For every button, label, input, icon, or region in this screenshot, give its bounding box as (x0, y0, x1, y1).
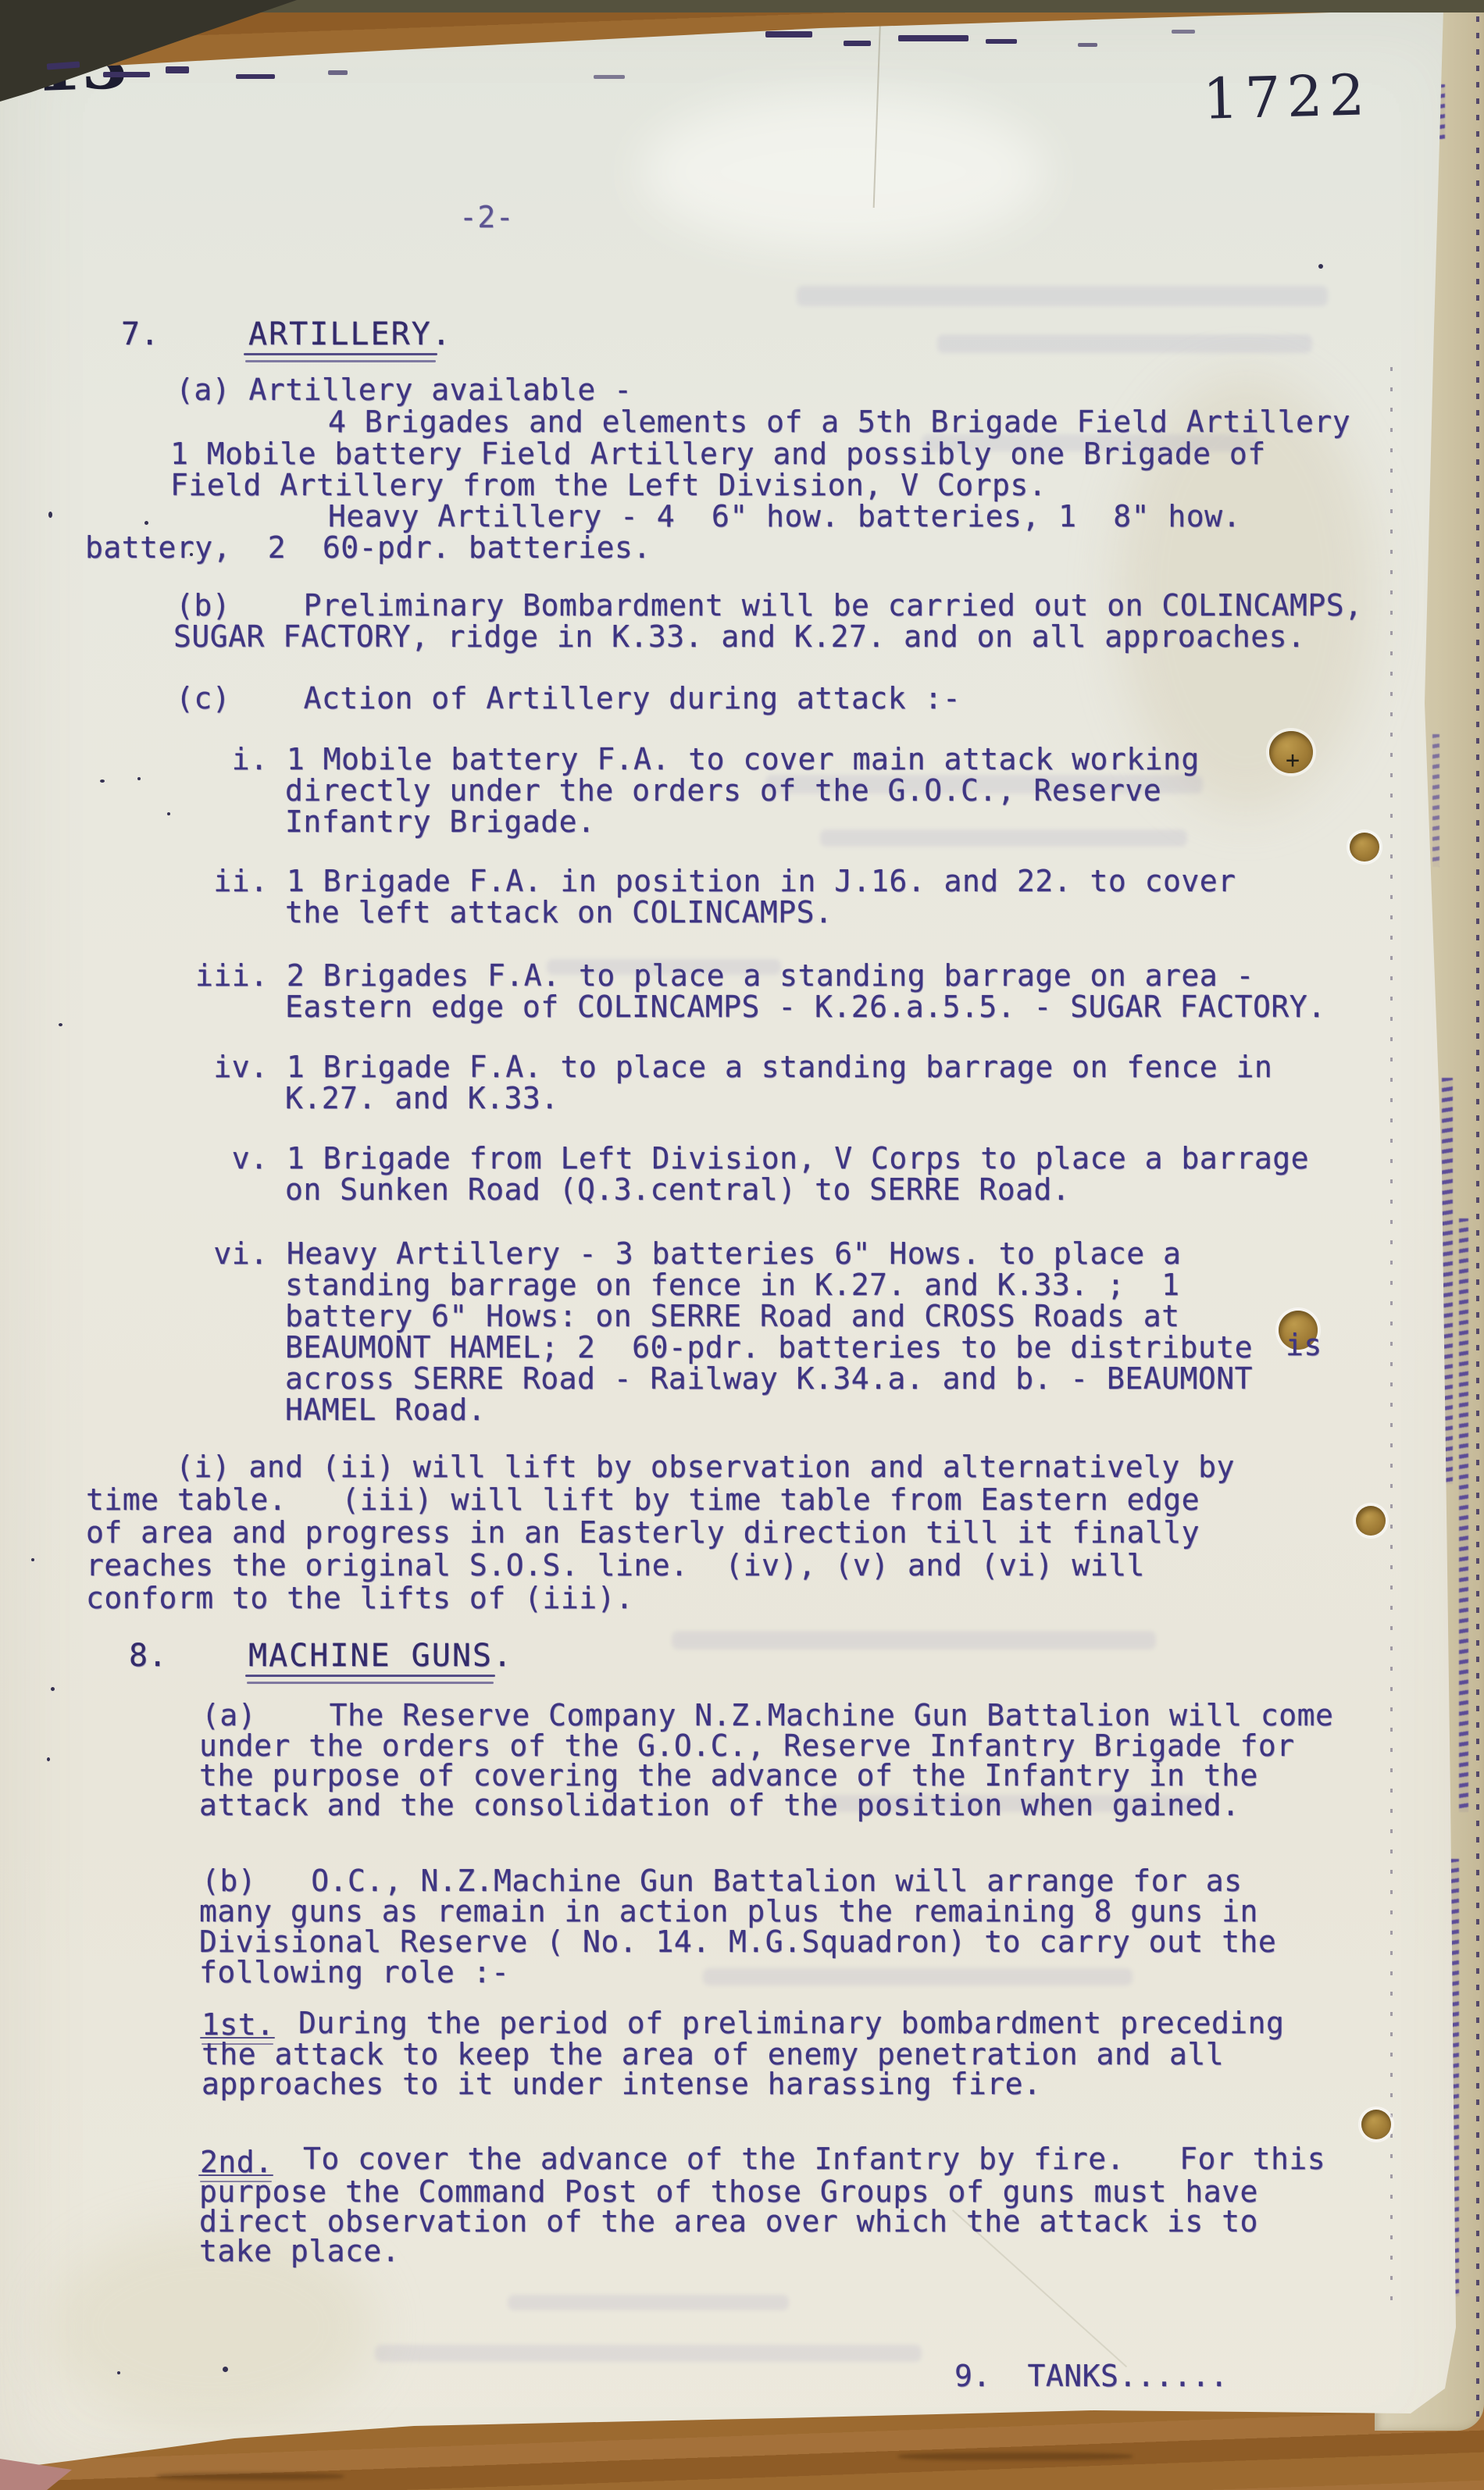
ink-smudge (594, 75, 625, 79)
bleed-through (703, 1968, 1133, 1985)
fold-line (1390, 367, 1393, 2304)
typed-line: purpose the Command Post of those Groups… (199, 2176, 1258, 2207)
typed-line: battery, 2 60-pdr. batteries. (85, 532, 651, 563)
wood-grain (156, 2473, 344, 2480)
typed-line: under the orders of the G.O.C., Reserve … (199, 1730, 1295, 1761)
typed-line: During the period of preliminary bombard… (298, 2007, 1284, 2039)
typed-line: the left attack on COLINCAMPS. (285, 897, 833, 928)
typed-line: Heavy Artillery - 4 6" how. batteries, 1… (328, 501, 1241, 532)
ink-speck (190, 553, 193, 556)
continuation-note: 9. TANKS...... (954, 2360, 1229, 2392)
typed-line: ii. 1 Brigade F.A. in position in J.16. … (195, 865, 1236, 897)
ink-smudge (103, 72, 150, 77)
ink-speck (137, 777, 141, 780)
ink-smudge (898, 35, 969, 41)
typed-overlay-on-hole: is (1286, 1329, 1322, 1361)
typed-line: Divisional Reserve ( No. 14. M.G.Squadro… (199, 1926, 1276, 1957)
typed-line: v. 1 Brigade from Left Division, V Corps… (195, 1143, 1309, 1174)
heading-underline (245, 1675, 495, 1677)
ink-speck (223, 2367, 228, 2372)
typed-line: standing barrage on fence in K.27. and K… (285, 1269, 1180, 1300)
typed-line: the attack to keep the area of enemy pen… (202, 2039, 1224, 2070)
archive-number-stamp-right: 1722 (1202, 62, 1372, 132)
typed-line: approaches to it under intense harassing… (202, 2068, 1041, 2099)
typed-line: (c) Action of Artillery during attack :- (176, 683, 961, 714)
bleed-through (375, 2345, 922, 2362)
heading-underline (245, 360, 436, 362)
typed-line: direct observation of the area over whic… (199, 2206, 1258, 2237)
bleed-through (672, 1631, 1156, 1650)
typed-line: the purpose of covering the advance of t… (199, 1760, 1258, 1791)
sheet-edge-dots (1476, 0, 1479, 2421)
typed-line: time table. (iii) will lift by time tabl… (86, 1484, 1200, 1515)
heading-underline (244, 353, 437, 355)
typed-line: (b) Preliminary Bombardment will be carr… (176, 590, 1363, 621)
ink-speck (59, 1023, 62, 1026)
punch-hole (1361, 2110, 1391, 2139)
section-title-artillery: ARTILLERY. (248, 319, 452, 350)
section-title-machine-guns: MACHINE GUNS. (248, 1640, 513, 1671)
typed-line: 4 Brigades and elements of a 5th Brigade… (328, 406, 1350, 437)
ink-speck (51, 1687, 55, 1691)
ink-speck (144, 521, 148, 525)
ink-speck (1318, 264, 1323, 269)
typed-line: Infantry Brigade. (285, 806, 595, 837)
ink-smudge (328, 70, 348, 75)
section-number: 7. (121, 319, 159, 350)
bleed-through (820, 829, 1187, 847)
typed-line: (i) and (ii) will lift by observation an… (176, 1451, 1235, 1482)
ink-smudge (986, 39, 1017, 44)
typed-line: (b) O.C., N.Z.Machine Gun Battalion will… (202, 1865, 1243, 1896)
typed-line: 1 Mobile battery Field Artillery and pos… (170, 438, 1266, 469)
ink-smudge (765, 31, 812, 37)
punch-hole (1356, 1506, 1386, 1536)
typed-line: following role :- (199, 1957, 509, 1988)
typed-line: iv. 1 Brigade F.A. to place a standing b… (195, 1051, 1272, 1083)
typed-line: BEAUMONT HAMEL; 2 60-pdr. batteries to b… (285, 1332, 1253, 1363)
typed-line: iii. 2 Brigades F.A. to place a standing… (195, 960, 1254, 991)
ink-scribble (1432, 734, 1439, 867)
typed-line: on Sunken Road (Q.3.central) to SERRE Ro… (285, 1174, 1070, 1205)
punch-hole (1350, 833, 1379, 862)
ink-speck (31, 1558, 34, 1561)
bleed-through (797, 286, 1328, 306)
typed-line: i. 1 Mobile battery F.A. to cover main a… (195, 744, 1200, 775)
ink-smudge (236, 74, 275, 79)
ink-speck (47, 1757, 50, 1761)
section-number: 8. (129, 1640, 167, 1671)
ink-speck (167, 812, 170, 815)
typed-line: Eastern edge of COLINCAMPS - K.26.a.5.5.… (285, 991, 1326, 1022)
typed-line: vi. Heavy Artillery - 3 batteries 6" How… (195, 1238, 1181, 1269)
pencil-cross-mark: + (1286, 747, 1300, 774)
page-number: -2- (459, 202, 514, 233)
typed-line: take place. (199, 2235, 400, 2267)
ink-smudge (844, 41, 871, 46)
bleed-through (508, 2295, 789, 2310)
bleed-through (937, 334, 1312, 353)
typed-line: conform to the lifts of (iii). (86, 1582, 633, 1614)
ink-speck (48, 512, 52, 518)
typed-line: To cover the advance of the Infantry by … (303, 2143, 1325, 2174)
list-label-second: 2nd. (200, 2146, 273, 2178)
list-label-first: 1st. (202, 2009, 275, 2040)
scanned-document-page: 13 1722 -2- 7. ARTILLERY. (a) Artillery … (0, 0, 1484, 2490)
ink-scribble (1459, 1218, 1468, 1812)
typed-line: many guns as remain in action plus the r… (199, 1896, 1258, 1927)
typed-line: reaches the original S.O.S. line. (iv), … (86, 1550, 1145, 1581)
typed-line: (a) Artillery available - (176, 374, 632, 405)
typed-line: battery 6" Hows: on SERRE Road and CROSS… (285, 1300, 1180, 1332)
typed-line: HAMEL Road. (285, 1394, 486, 1425)
wood-grain (898, 2453, 1133, 2460)
ink-smudge (166, 66, 189, 73)
ink-smudge (1172, 30, 1195, 34)
typed-line: directly under the orders of the G.O.C.,… (285, 775, 1161, 806)
typed-line: K.27. and K.33. (285, 1083, 559, 1114)
heading-underline (247, 1682, 494, 1684)
typed-line: Field Artillery from the Left Division, … (170, 469, 1047, 501)
ink-smudge (1078, 43, 1097, 47)
ink-speck (117, 2371, 120, 2374)
typed-line: of area and progress in an Easterly dire… (86, 1517, 1200, 1548)
typed-line: SUGAR FACTORY, ridge in K.33. and K.27. … (173, 621, 1305, 652)
typed-line: (a) The Reserve Company N.Z.Machine Gun … (202, 1700, 1333, 1731)
paper-highlight (640, 94, 1047, 250)
typed-line: attack and the consolidation of the posi… (199, 1789, 1240, 1821)
typed-line: across SERRE Road - Railway K.34.a. and … (285, 1363, 1253, 1394)
ink-speck (100, 779, 105, 783)
